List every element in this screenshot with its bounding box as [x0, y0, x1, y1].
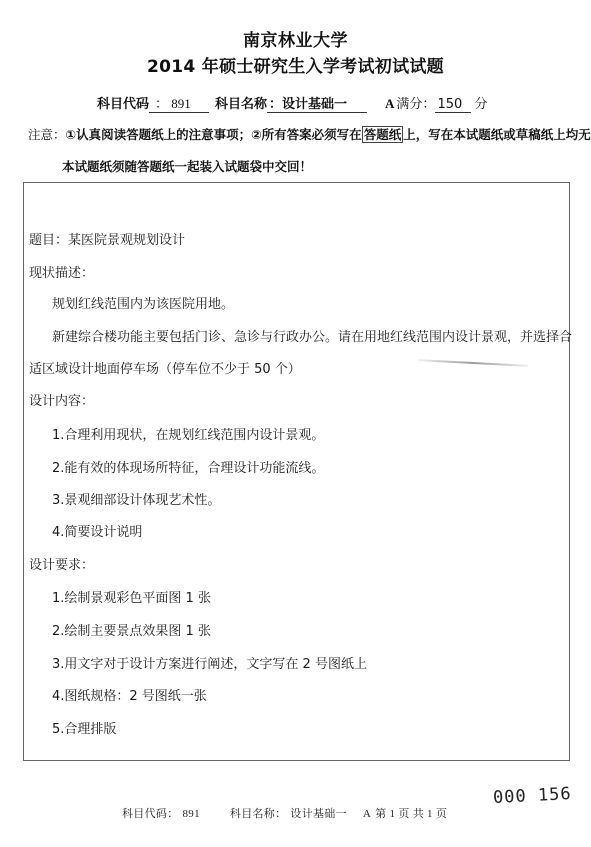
notice-boxed-text: 答题纸 [362, 126, 404, 143]
subject-info-line: 科目代码 ： 891 科目名称 ：设计基础一 A 满分： 150 分 [97, 93, 487, 113]
design-content-item: 3.景观细部设计体现艺术性。 [52, 489, 220, 508]
exam-version: A [385, 96, 394, 112]
footer-version: A [363, 808, 371, 820]
subject-code-value: ： 891 [149, 93, 209, 113]
design-content-item: 1.合理利用现状，在规划红线范围内设计景观。 [52, 424, 324, 443]
notice-text-b: 上，写在本试题纸或草稿纸上均无效；③ [403, 127, 591, 142]
notice-label: 注意： [28, 127, 66, 142]
notice-line-2: 本试题纸须随答题纸一起装入试题袋中交回！ [62, 157, 312, 175]
footer-name-label: 科目名称： [230, 808, 287, 820]
design-content-item: 2.能有效的体现场所特征，合理设计功能流线。 [52, 457, 324, 476]
status-heading: 现状描述： [29, 262, 94, 281]
page-footer: 科目代码：891科目名称：设计基础一A第 1 页 共 1 页 [122, 805, 451, 821]
serial-stamp: 000 156 [493, 784, 573, 808]
full-score-label: 满分： [396, 93, 435, 112]
colon: ： [155, 96, 168, 111]
status-paragraph-2-line-2: 适区域设计地面停车场（停车位不少于 50 个） [29, 358, 301, 377]
footer-page-info: 第 1 页 共 1 页 [375, 808, 447, 820]
full-score-value: 150 [435, 97, 471, 113]
footer-code-label: 科目代码： [122, 808, 179, 820]
topic-title: 题目：某医院景观规划设计 [29, 229, 185, 248]
notice-line-1: 注意：①认真阅读答题纸上的注意事项；②所有答案必须写在答题纸上，写在本试题纸或草… [28, 125, 591, 143]
subject-name-label: 科目名称 [215, 93, 267, 112]
design-requirement-item: 5.合理排版 [52, 718, 116, 737]
status-paragraph-2-line-1: 新建综合楼功能主要包括门诊、急诊与行政办公。请在用地红线范围内设计景观，并选择合 [52, 326, 572, 345]
score-unit: 分 [474, 93, 487, 112]
exam-title: 2014 年硕士研究生入学考试初试试题 [0, 52, 591, 77]
design-requirement-item: 2.绘制主要景点效果图 1 张 [52, 620, 211, 639]
colon: ： [269, 97, 282, 112]
design-requirements-heading: 设计要求： [29, 554, 94, 573]
design-requirement-item: 3.用文字对于设计方案进行阐述，文字写在 2 号图纸上 [52, 653, 367, 672]
notice-text-a: ①认真阅读答题纸上的注意事项；②所有答案必须写在 [66, 127, 362, 142]
status-paragraph-1: 规划红线范围内为该医院用地。 [52, 293, 234, 312]
footer-name: 设计基础一 [290, 808, 347, 820]
subject-name-value: ：设计基础一 [267, 93, 367, 113]
subject-code: 891 [171, 96, 191, 111]
design-requirement-item: 4.图纸规格：2 号图纸一张 [52, 685, 207, 704]
footer-code: 891 [183, 808, 200, 820]
subject-code-label: 科目代码 [97, 93, 149, 112]
subject-name: 设计基础一 [282, 97, 347, 112]
design-content-heading: 设计内容： [29, 390, 94, 409]
university-name: 南京林业大学 [0, 26, 591, 51]
design-content-item: 4.简要设计说明 [52, 521, 142, 540]
design-requirement-item: 1.绘制景观彩色平面图 1 张 [52, 587, 211, 606]
